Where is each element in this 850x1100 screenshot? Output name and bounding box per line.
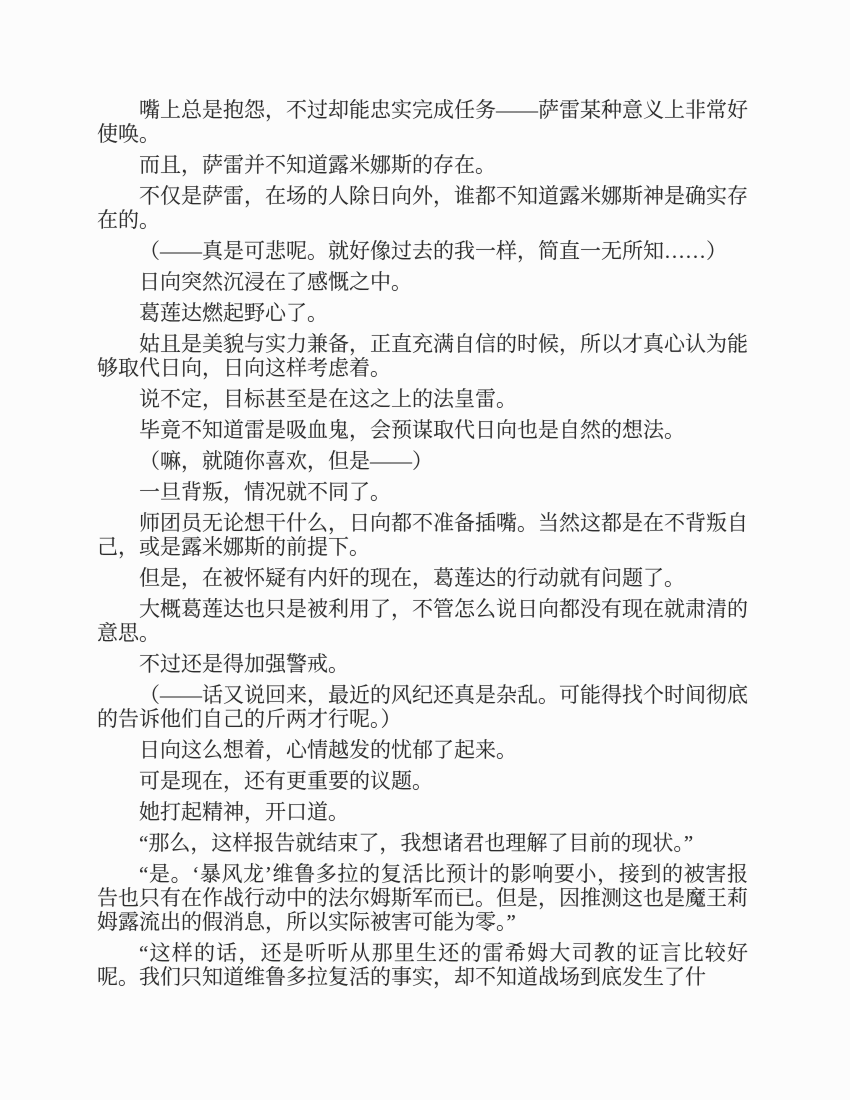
- paragraph: 不过还是得加强警戒。: [97, 652, 748, 676]
- paragraph: 毕竟不知道雷是吸血鬼，会预谋取代日向也是自然的想法。: [97, 418, 748, 442]
- paragraph: 而且，萨雷并不知道露米娜斯的存在。: [97, 153, 748, 177]
- paragraph: （——话又说回来，最近的风纪还真是杂乱。可能得找个时间彻底的告诉他们自己的斤两才…: [97, 683, 748, 731]
- paragraph: （——真是可悲呢。就好像过去的我一样，简直一无所知……）: [97, 239, 748, 263]
- paragraph: 嘴上总是抱怨，不过却能忠实完成任务——萨雷某种意义上非常好使唤。: [97, 98, 748, 146]
- paragraph: 说不定，目标甚至是在这之上的法皇雷。: [97, 387, 748, 411]
- paragraph: 可是现在，还有更重要的议题。: [97, 769, 748, 793]
- paragraph: 日向突然沉浸在了感慨之中。: [97, 270, 748, 294]
- paragraph: 她打起精神，开口道。: [97, 800, 748, 824]
- page-text: 嘴上总是抱怨，不过却能忠实完成任务——萨雷某种意义上非常好使唤。 而且，萨雷并不…: [97, 98, 748, 989]
- paragraph: 不仅是萨雷，在场的人除日向外，谁都不知道露米娜斯神是确实存在的。: [97, 184, 748, 232]
- novel-page: 嘴上总是抱怨，不过却能忠实完成任务——萨雷某种意义上非常好使唤。 而且，萨雷并不…: [0, 0, 850, 1100]
- paragraph: 一旦背叛，情况就不同了。: [97, 480, 748, 504]
- paragraph: 大概葛莲达也只是被利用了，不管怎么说日向都没有现在就肃清的意思。: [97, 597, 748, 645]
- paragraph: “那么，这样报告就结束了，我想诸君也理解了目前的现状。”: [97, 831, 748, 855]
- paragraph: 姑且是美貌与实力兼备，正直充满自信的时候，所以才真心认为能够取代日向，日向这样考…: [97, 332, 748, 380]
- paragraph: 师团员无论想干什么，日向都不准备插嘴。当然这都是在不背叛自己，或是露米娜斯的前提…: [97, 511, 748, 559]
- paragraph: （嘛，就随你喜欢，但是——）: [97, 449, 748, 473]
- paragraph: 葛莲达燃起野心了。: [97, 301, 748, 325]
- paragraph: “这样的话，还是听听从那里生还的雷希姆大司教的证言比较好呢。我们只知道维鲁多拉复…: [97, 941, 748, 989]
- paragraph: “是。‘暴风龙’维鲁多拉的复活比预计的影响要小，接到的被害报告也只有在作战行动中…: [97, 862, 748, 934]
- paragraph: 日向这么想着，心情越发的忧郁了起来。: [97, 738, 748, 762]
- paragraph: 但是，在被怀疑有内奸的现在，葛莲达的行动就有问题了。: [97, 566, 748, 590]
